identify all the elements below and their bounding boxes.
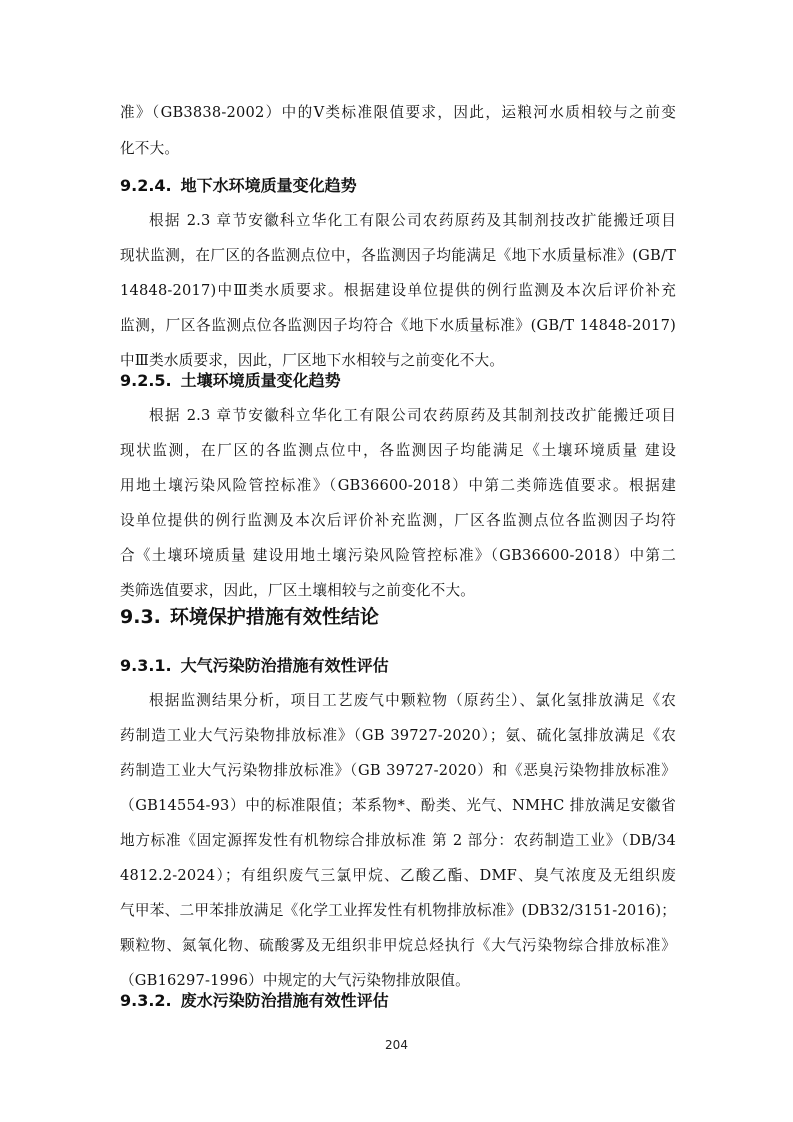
section-heading-9-2-5: 9.2.5.土壤环境质量变化趋势 <box>120 370 341 392</box>
paragraph-line: 气甲苯、二甲苯排放满足《化学工业挥发性有机物排放标准》(DB32/3151-20… <box>120 901 676 921</box>
paragraph-line: 药制造工业大气污染物排放标准》（GB 39727-2020）和《恶臭污染物排放标… <box>120 761 676 781</box>
section-number: 9.3.1. <box>120 656 172 675</box>
paragraph-line: 颗粒物、氮氧化物、硫酸雾及无组织非甲烷总烃执行《大气污染物综合排放标准》 <box>120 936 676 956</box>
page-number: 204 <box>0 1038 793 1052</box>
section-heading-9-3-1: 9.3.1.大气污染防治措施有效性评估 <box>120 655 389 677</box>
section-number: 9.3. <box>120 606 161 628</box>
paragraph-line: 根据 2.3 章节安徽科立华化工有限公司农药原药及其制剂技改扩能搬迁项目 <box>149 211 676 231</box>
paragraph-line: 根据监测结果分析，项目工艺废气中颗粒物（原药尘）、氯化氢排放满足《农 <box>149 691 676 711</box>
section-number: 9.2.4. <box>120 176 172 195</box>
paragraph-line: 地方标准《固定源挥发性有机物综合排放标准 第 2 部分：农药制造工业》（DB/3… <box>120 831 676 851</box>
paragraph-line: 现状监测，在厂区的各监测点位中，各监测因子均能满足《土壤环境质量 建设 <box>120 441 676 461</box>
paragraph-line: 14848-2017)中Ⅲ类水质要求。根据建设单位提供的例行监测及本次后评价补充 <box>120 281 676 301</box>
section-heading-9-2-4: 9.2.4.地下水环境质量变化趋势 <box>120 175 357 197</box>
paragraph-line: 用地土壤污染风险管控标准》（GB36600-2018）中第二类筛选值要求。根据建 <box>120 476 676 496</box>
section-title: 环境保护措施有效性结论 <box>170 606 379 628</box>
section-title: 大气污染防治措施有效性评估 <box>181 656 389 675</box>
paragraph-line: 4812.2-2024）；有组织废气三氯甲烷、乙酸乙酯、DMF、臭气浓度及无组织… <box>120 866 676 886</box>
paragraph-line: 现状监测，在厂区的各监测点位中，各监测因子均能满足《地下水质量标准》(GB/T <box>120 246 676 266</box>
section-heading-9-3: 9.3.环境保护措施有效性结论 <box>120 604 379 630</box>
paragraph-line: 类筛选值要求，因此，厂区土壤相较与之前变化不大。 <box>120 581 676 601</box>
paragraph-line: 根据 2.3 章节安徽科立华化工有限公司农药原药及其制剂技改扩能搬迁项目 <box>149 406 676 426</box>
paragraph-line: （GB16297-1996）中规定的大气污染物排放限值。 <box>120 971 676 991</box>
section-heading-9-3-2: 9.3.2.废水污染防治措施有效性评估 <box>120 990 389 1012</box>
section-number: 9.2.5. <box>120 371 172 390</box>
section-title: 地下水环境质量变化趋势 <box>181 176 357 195</box>
paragraph-line: 化不大。 <box>120 139 676 159</box>
section-title: 废水污染防治措施有效性评估 <box>181 991 389 1010</box>
paragraph-line: 监测，厂区各监测点位各监测因子均符合《地下水质量标准》(GB/T 14848-2… <box>120 316 676 336</box>
paragraph-line: 准》（GB3838-2002）中的Ⅴ类标准限值要求，因此，运粮河水质相较与之前变 <box>120 103 676 123</box>
paragraph-line: 中Ⅲ类水质要求，因此，厂区地下水相较与之前变化不大。 <box>120 351 676 371</box>
paragraph-line: 设单位提供的例行监测及本次后评价补充监测，厂区各监测点位各监测因子均符 <box>120 511 676 531</box>
paragraph-line: （GB14554-93）中的标准限值；苯系物*、酚类、光气、NMHC 排放满足安… <box>120 796 676 816</box>
paragraph-line: 药制造工业大气污染物排放标准》（GB 39727-2020）；氨、硫化氢排放满足… <box>120 726 676 746</box>
section-title: 土壤环境质量变化趋势 <box>181 371 341 390</box>
document-page: 准》（GB3838-2002）中的Ⅴ类标准限值要求，因此，运粮河水质相较与之前变… <box>0 0 793 1122</box>
paragraph-line: 合《土壤环境质量 建设用地土壤污染风险管控标准》（GB36600-2018）中第… <box>120 546 676 566</box>
section-number: 9.3.2. <box>120 991 172 1010</box>
